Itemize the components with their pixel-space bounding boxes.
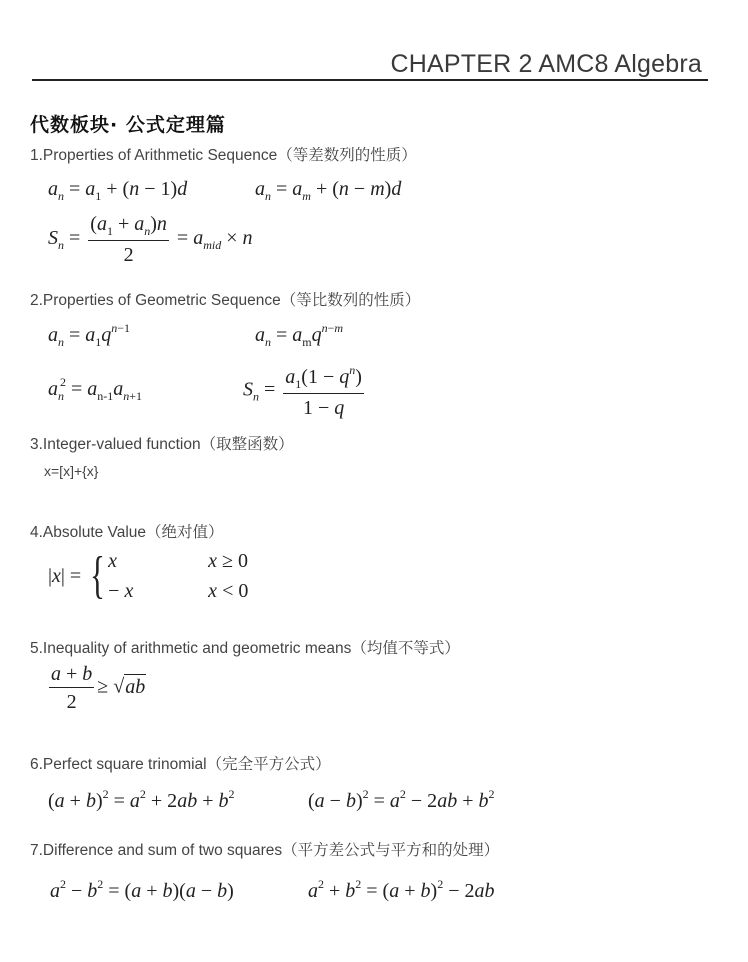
heading-arithmetic-sequence: 1.Properties of Arithmetic Sequence（等差数列… [30,143,417,165]
formula-geometric-sum: Sn = a1(1 − qn)1 − q [243,364,367,418]
formula-absolute-value: |x| = { xx ≥ 0 − xx < 0 [48,550,248,602]
heading-geometric-sequence: 2.Properties of Geometric Sequence（等比数列的… [30,288,420,310]
chapter-title: CHAPTER 2 AMC8 Algebra [391,50,702,79]
chapter-divider [32,79,708,81]
formula-geometric-mth-term: an = amqn−m [255,322,343,348]
formula-geometric-nth-term: an = a1qn−1 [48,322,130,348]
heading-perfect-square: 6.Perfect square trinomial（完全平方公式） [30,752,331,774]
formula-integer-function: x=[x]+{x} [44,463,98,479]
formula-arithmetic-mth-term: an = am + (n − m)d [255,179,401,202]
heading-absolute-value: 4.Absolute Value（绝对值） [30,520,224,542]
formula-sum-of-squares: a2 + b2 = (a + b)2 − 2ab [308,878,494,901]
formula-difference-of-squares: a2 − b2 = (a + b)(a − b) [50,878,234,901]
formula-square-of-difference: (a − b)2 = a2 − 2ab + b2 [308,788,494,811]
formula-arithmetic-nth-term: an = a1 + (n − 1)d [48,179,187,202]
heading-integer-function: 3.Integer-valued function（取整函数） [30,432,294,454]
heading-am-gm-inequality: 5.Inequality of arithmetic and geometric… [30,636,460,658]
formula-square-of-sum: (a + b)2 = a2 + 2ab + b2 [48,788,234,811]
heading-difference-sum-squares: 7.Difference and sum of two squares（平方差公… [30,838,499,860]
formula-am-gm: a + b2≥ √ab [46,664,146,712]
formula-geometric-mean-term: an2 = an-1an+1 [48,376,142,402]
section-title: 代数板块· 公式定理篇 [30,110,226,137]
formula-arithmetic-sum: Sn = (a1 + an)n2 = amid × n [48,214,252,265]
